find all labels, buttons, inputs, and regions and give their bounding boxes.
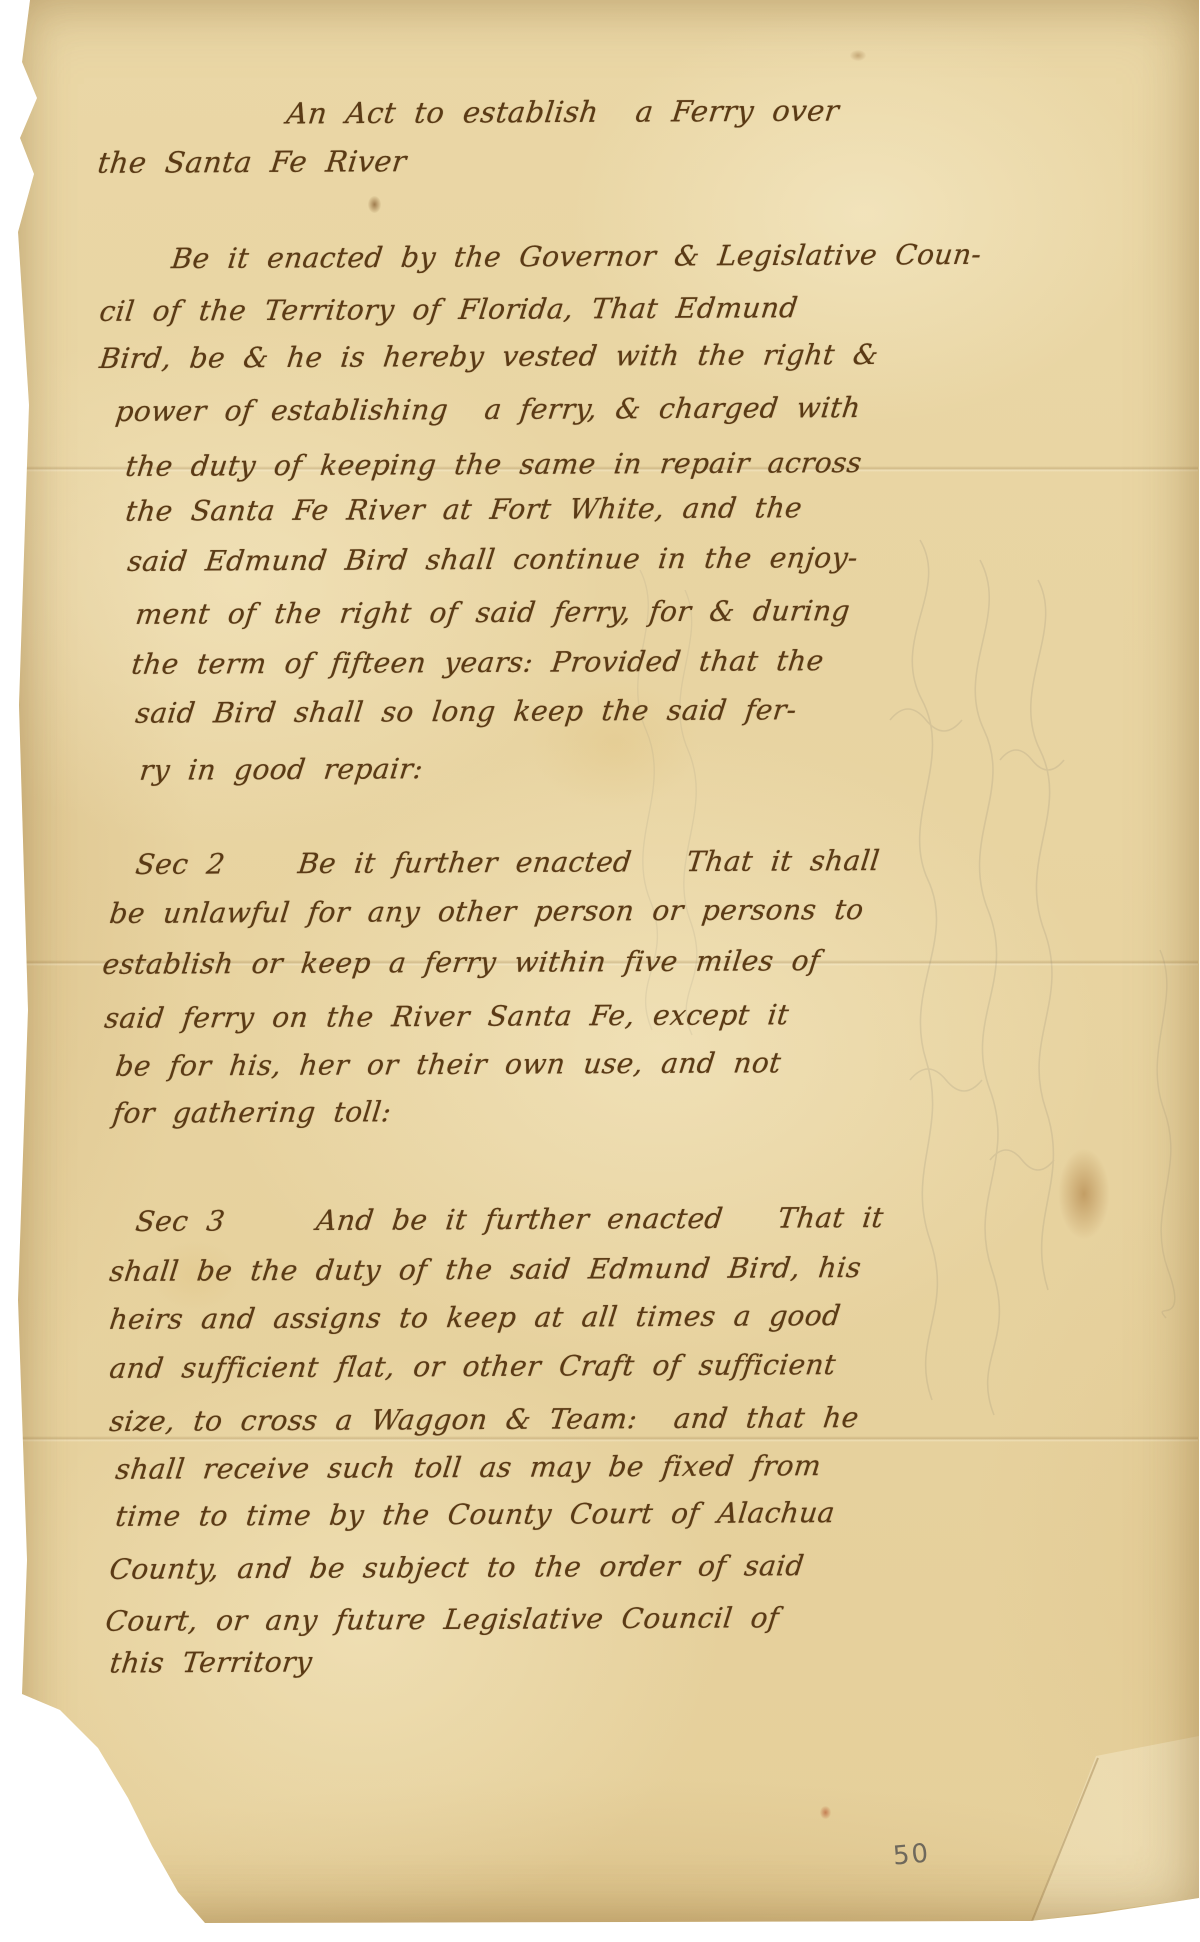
document-title-line: An Act to establish a Ferry over: [285, 94, 841, 131]
manuscript-line: and sufficient flat, or other Craft of s…: [108, 1348, 838, 1385]
pencil-page-number: 50: [892, 1838, 932, 1871]
manuscript-line: this Territory: [108, 1645, 314, 1679]
manuscript-line: heirs and assigns to keep at all times a…: [108, 1299, 843, 1336]
manuscript-line: establish or keep a ferry within five mi…: [101, 944, 822, 981]
manuscript-line: shall receive such toll as may be fixed …: [114, 1449, 823, 1486]
manuscript-line: cil of the Territory of Florida, That Ed…: [98, 291, 800, 328]
bleed-through-writing: [860, 520, 1090, 1420]
manuscript-line: Sec 3 And be it further enacted That it: [134, 1201, 886, 1238]
ink-spot: [368, 196, 381, 213]
manuscript-line: the duty of keeping the same in repair a…: [124, 446, 864, 483]
manuscript-line: said Bird shall so long keep the said fe…: [134, 693, 799, 729]
manuscript-line: power of establishing a ferry, & charged…: [114, 391, 863, 428]
manuscript-line: ment of the right of said ferry, for & d…: [134, 594, 852, 631]
manuscript-paper: An Act to establish a Ferry over the San…: [0, 0, 1200, 1942]
document-title-line: the Santa Fe River: [96, 144, 409, 180]
rust-spot: [820, 1806, 831, 1819]
manuscript-line: Sec 2 Be it further enacted That it shal…: [134, 844, 882, 881]
manuscript-line: size, to cross a Waggon & Team: and that…: [108, 1401, 861, 1438]
manuscript-line: said Edmund Bird shall continue in the e…: [126, 541, 860, 578]
manuscript-line: be unlawful for any other person or pers…: [108, 893, 866, 930]
small-stain: [850, 50, 866, 61]
manuscript-line: ry in good repair:: [138, 752, 425, 786]
manuscript-line: shall be the duty of the said Edmund Bir…: [108, 1251, 863, 1288]
scanned-manuscript-page: { "page": { "paper_color": "#ead7a6", "i…: [0, 0, 1200, 1942]
manuscript-line: time to time by the County Court of Alac…: [114, 1496, 837, 1533]
manuscript-line: Be it enacted by the Governor & Legislat…: [170, 238, 984, 275]
manuscript-line: for gathering toll:: [111, 1095, 393, 1129]
manuscript-line: the term of fifteen years: Provided that…: [130, 644, 826, 681]
manuscript-line: said ferry on the River Santa Fe, except…: [103, 998, 791, 1035]
manuscript-line: the Santa Fe River at Fort White, and th…: [124, 491, 804, 528]
manuscript-line: be for his, her or their own use, and no…: [114, 1046, 783, 1082]
manuscript-line: County, and be subject to the order of s…: [108, 1549, 806, 1586]
manuscript-line: Bird, be & he is hereby vested with the …: [98, 338, 881, 375]
bleed-through-writing: [1130, 940, 1200, 1320]
manuscript-line: Court, or any future Legislative Council…: [104, 1601, 781, 1638]
